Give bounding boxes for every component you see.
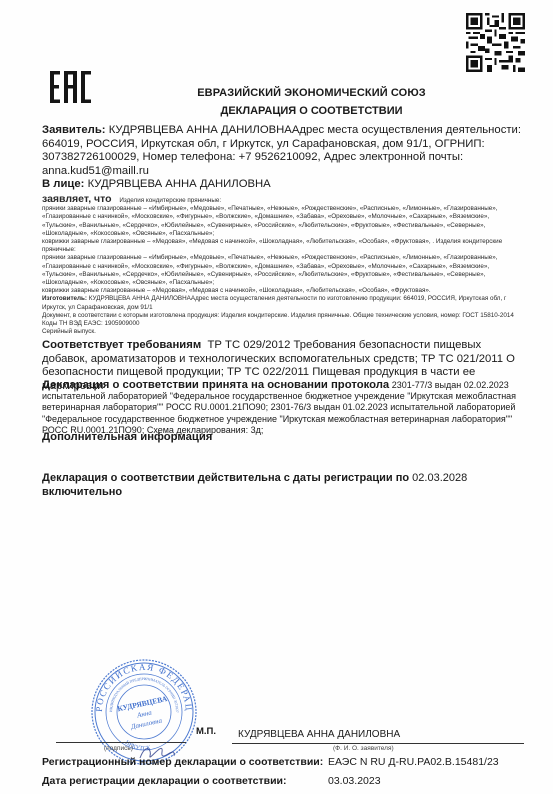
products-kovrizhki-1: коврижки заварные глазированные – «Медов… bbox=[42, 238, 522, 254]
products-gingerbread-2: пряники заварные глазированные – «Имбирн… bbox=[42, 254, 522, 287]
seal-place-label: М.П. bbox=[196, 726, 216, 737]
document-title: ДЕКЛАРАЦИЯ О СООТВЕТСТВИИ bbox=[0, 105, 553, 117]
registration-number-value: ЕАЭС N RU Д-RU.PA02.B.15481/23 bbox=[328, 756, 499, 768]
registration-date-value: 03.03.2023 bbox=[328, 775, 381, 787]
release-type: Серийный выпуск. bbox=[42, 328, 522, 336]
representative-row: В лице: КУДРЯВЦЕВА АННА ДАНИЛОВНА bbox=[42, 178, 522, 192]
registration-number-label: Регистрационный номер декларации о соотв… bbox=[42, 756, 323, 768]
representative-name: КУДРЯВЦЕВА АННА ДАНИЛОВНА bbox=[88, 178, 271, 190]
products-intro: Изделия кондитерские пряничные: bbox=[119, 197, 221, 204]
applicant-full-name: КУДРЯВЦЕВА АННА ДАНИЛОВНА bbox=[238, 729, 400, 740]
signature-line bbox=[56, 742, 186, 743]
signature-caption: (подпись) bbox=[104, 745, 133, 752]
qr-code-icon[interactable] bbox=[466, 13, 525, 72]
complies-label: Соответствует требованиям bbox=[42, 339, 201, 351]
validity-date: 02.03.2028 bbox=[412, 472, 467, 484]
applicant-details: КУДРЯВЦЕВА АННА ДАНИЛОВНААдрес места осу… bbox=[42, 124, 521, 177]
validity-suffix: включительно bbox=[42, 486, 122, 498]
registration-date-label: Дата регистрации декларации о соответств… bbox=[42, 775, 287, 787]
protocol-label: Декларация о соответствии принята на осн… bbox=[42, 379, 389, 391]
name-caption: (Ф. И. О. заявителя) bbox=[333, 745, 394, 752]
manufacturer-details: КУДРЯВЦЕВА АННА ДАНИЛОВНААдрес места осу… bbox=[42, 295, 506, 310]
stamp-name-3: Даниловна bbox=[129, 716, 163, 731]
declares-label: заявляет, что bbox=[42, 193, 112, 205]
manufacturer-row: Изготовитель: КУДРЯВЦЕВА АННА ДАНИЛОВНАА… bbox=[42, 295, 522, 311]
validity-label: Декларация о соответствии действительна … bbox=[42, 472, 409, 484]
tn-ved-codes: Коды ТН ВЭД ЕАЭС: 1905909000 bbox=[42, 320, 522, 328]
union-heading: ЕВРАЗИЙСКИЙ ЭКОНОМИЧЕСКИЙ СОЮЗ bbox=[0, 87, 553, 99]
name-line bbox=[232, 743, 524, 744]
protocol-section: Декларация о соответствии принята на осн… bbox=[42, 380, 522, 436]
manufacturer-label: Изготовитель: bbox=[42, 295, 87, 302]
declaration-document: ЕВРАЗИЙСКИЙ ЭКОНОМИЧЕСКИЙ СОЮЗ ДЕКЛАРАЦИ… bbox=[0, 0, 553, 794]
standard-document: Документ, в соответствии с которым изгот… bbox=[42, 312, 522, 320]
declares-section: заявляет, что Изделия кондитерские пряни… bbox=[42, 195, 522, 336]
representative-label: В лице: bbox=[42, 178, 84, 190]
products-gingerbread-1: пряники заварные глазированные – «Имбирн… bbox=[42, 205, 522, 238]
applicant-paragraph: Заявитель: КУДРЯВЦЕВА АННА ДАНИЛОВНААдре… bbox=[42, 124, 522, 178]
applicant-section: Заявитель: КУДРЯВЦЕВА АННА ДАНИЛОВНААдре… bbox=[42, 124, 522, 192]
validity-section: Декларация о соответствии действительна … bbox=[42, 472, 522, 499]
additional-info-heading: Дополнительная информация bbox=[42, 431, 522, 443]
applicant-label: Заявитель: bbox=[42, 124, 106, 136]
